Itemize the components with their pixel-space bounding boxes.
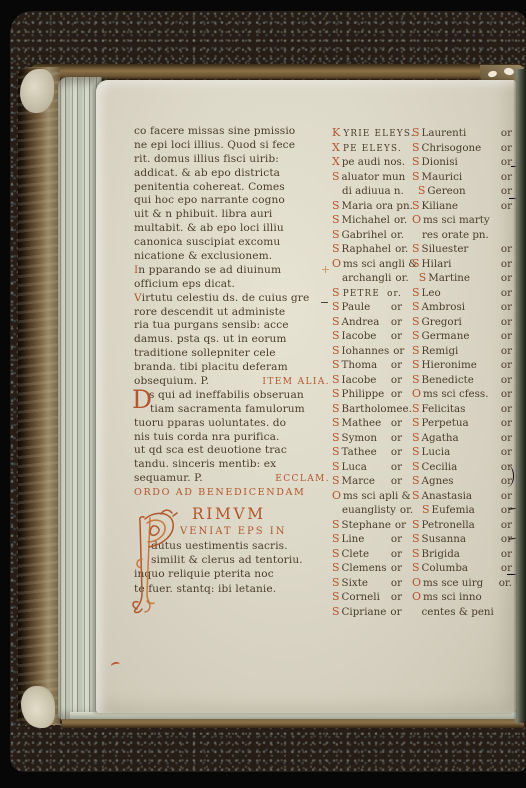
saint-initial: S <box>332 590 340 603</box>
litany-entry: SSixteor <box>332 576 402 589</box>
text-line: canonica suscipiat excomu <box>134 236 330 250</box>
saint-name: ms sci angli & <box>343 258 417 270</box>
saint-initial: S <box>332 561 340 574</box>
saint-name: Cecilia <box>422 461 497 473</box>
saint-initial: S <box>412 257 420 270</box>
litany-row: SAndreaorSGregorior <box>332 315 512 330</box>
orate-abbreviation: or. <box>400 504 413 516</box>
litany-entry: Oms sci angli & <box>332 257 402 270</box>
litany-entry: SCornelior <box>332 590 402 603</box>
saint-name: res orate pn. <box>422 229 512 241</box>
orate-abbreviation: or <box>391 388 402 400</box>
litany-entry: Oms sci inno <box>412 590 512 603</box>
saint-name: Corneli <box>342 591 387 603</box>
saint-name: Andrea <box>342 316 387 328</box>
litany-entry: SHilarior <box>412 257 512 270</box>
orate-abbreviation: or <box>501 490 512 502</box>
litany-entry: SMauricior <box>412 170 512 183</box>
litany-entry: SCleteor <box>332 547 402 560</box>
saint-name: Iacobe <box>342 374 387 386</box>
litany-row: di adiuua n.SGereonor <box>332 184 512 199</box>
litany-entry: SThomaor <box>332 358 402 371</box>
saint-initial: S <box>412 315 420 328</box>
orate-abbreviation: or <box>391 591 402 603</box>
text-line: penitentia cohereat. Comes <box>134 181 330 195</box>
saint-initial: S <box>412 445 420 458</box>
litany-entry: SMaria ora pn. <box>332 199 402 212</box>
litany-entry: SGermaneor <box>412 329 512 342</box>
saint-initial: X <box>332 155 340 168</box>
litany-entry: SPetronellaor <box>412 518 512 531</box>
orate-abbreviation: or <box>501 417 512 429</box>
saint-name: Hilari <box>422 258 497 270</box>
saint-initial: S <box>332 358 340 371</box>
saint-initial: S <box>412 460 420 473</box>
line-text: qui hoc epo narrante cogno <box>134 194 285 208</box>
orate-abbreviation: or <box>501 388 512 400</box>
litany-row: Saluator munSMauricior <box>332 170 512 185</box>
text-line: tiam sacramenta famulorum <box>134 403 330 417</box>
orate-abbreviation: or <box>391 475 402 487</box>
saint-name: ms sci inno <box>423 591 512 603</box>
litany-entry: euanglistyor. <box>332 504 412 516</box>
saint-name: Iohannes <box>342 345 390 357</box>
litany-entry: SAgathaor <box>412 431 512 444</box>
saint-initial: S <box>418 184 426 197</box>
litany-entry: SCeciliaor <box>412 460 512 473</box>
litany-row: SCleteorSBrigidaor <box>332 547 512 562</box>
orate-abbreviation: or <box>391 562 402 574</box>
saint-name: Thoma <box>342 359 387 371</box>
litany-entry: SGregorior <box>412 315 512 328</box>
saint-name: Brigida <box>422 548 497 560</box>
litany-row: SPhilippeorOms sci cfess.or <box>332 387 512 402</box>
orate-abbreviation: or <box>501 446 512 458</box>
text-line: obsequium. P.ITEM ALIA. <box>134 375 330 389</box>
orate-abbreviation: or <box>391 446 402 458</box>
litany-row: SStephaneorSPetronellaor <box>332 518 512 533</box>
saint-initial: X <box>332 141 341 154</box>
litany-entry: SMatheeor <box>332 416 402 429</box>
line-text: s qui ad ineffabilis obseruan <box>149 389 304 403</box>
saint-name: centes & peni <box>422 606 512 618</box>
litany-entry: SCiprianeor <box>332 605 402 618</box>
litany-entry: archanglior. <box>332 272 409 284</box>
line-text: tandu. sinceris mentib: ex <box>134 458 276 472</box>
litany-row: SIacobeorSBenedicteor <box>332 373 512 388</box>
orate-abbreviation: or <box>501 504 512 516</box>
orate-abbreviation: or <box>501 330 512 342</box>
saint-initial: S <box>332 228 340 241</box>
litany-entry: SBartholomee. <box>332 402 402 415</box>
litany-row: SMarceorSAgnesor <box>332 474 512 489</box>
saint-name: Gregori <box>422 316 497 328</box>
saint-initial: S <box>332 547 340 560</box>
saint-name: Remigi <box>422 345 497 357</box>
saint-name: Kiliane <box>422 200 497 212</box>
saint-name: Felicitas <box>422 403 497 415</box>
litany-entry: SKilianeor <box>412 199 512 212</box>
saint-name: ms sci apli & <box>343 490 411 502</box>
saint-initial: S <box>332 445 340 458</box>
litany-entry: SChrisogoneor <box>412 141 512 154</box>
saint-name: Maurici <box>422 171 497 183</box>
saint-name: Siluester <box>422 243 497 255</box>
litany-row: SBartholomee.SFelicitasor <box>332 402 512 417</box>
text-line: Ds qui ad ineffabilis obseruan <box>134 389 330 403</box>
litany-row: SMichahelor.Oms sci marty <box>332 213 512 228</box>
saint-initial: S <box>412 358 420 371</box>
litany-row: Oms sci angli &SHilarior <box>332 257 512 272</box>
saint-initial: S <box>412 518 420 531</box>
litany-row: STatheeorSLuciaor <box>332 445 512 460</box>
litany-entry: SIacobeor <box>332 373 402 386</box>
litany-entry: SSymonor <box>332 431 402 444</box>
litany-entry: SPETREor. <box>332 286 402 299</box>
orate-abbreviation: or <box>391 374 402 386</box>
litany-entry: SBenedicteor <box>412 373 512 386</box>
orate-abbreviation: or. <box>391 229 404 241</box>
orate-abbreviation: or <box>391 417 402 429</box>
orate-abbreviation: or <box>501 359 512 371</box>
saint-initial: S <box>412 402 420 415</box>
saint-name: Petronella <box>422 519 497 531</box>
saint-name: Raphahel <box>342 243 392 255</box>
litany-entry: SFelicitasor <box>412 402 512 415</box>
line-text: penitentia cohereat. Comes <box>134 181 285 195</box>
saint-name: Line <box>342 533 387 545</box>
litany-row: Xpe audi nos.SDionisior <box>332 155 512 170</box>
text-line: uit & n phibuit. libra auri <box>134 208 330 222</box>
litany-entry: SAndreaor <box>332 315 402 328</box>
litany-entry: SPerpetuaor <box>412 416 512 429</box>
orate-abbreviation: or <box>391 461 402 473</box>
orate-abbreviation: or <box>501 127 512 139</box>
saint-initial: S <box>332 286 341 299</box>
litany-entry: STatheeor <box>332 445 402 458</box>
saint-initial: S <box>412 373 420 386</box>
litany-row: SLineorSSusannaor <box>332 532 512 547</box>
saint-initial: S <box>332 532 340 545</box>
saint-initial: S <box>332 300 340 313</box>
saint-initial: S <box>412 199 420 212</box>
litany-row: SGabrihelor.res orate pn. <box>332 228 512 243</box>
saint-initial: S <box>332 460 340 473</box>
incipit-section: RIMVMVENIAT EPS INdutus uestimentis sacr… <box>134 505 330 596</box>
decorated-initial-p <box>128 507 180 615</box>
saint-name: pe audi nos. <box>342 156 405 168</box>
litany-entry: SMarceor <box>332 474 402 487</box>
saint-name: Sixte <box>342 577 387 589</box>
line-text: ria tua purgans sensib: acce <box>134 319 289 333</box>
saint-initial: S <box>412 242 420 255</box>
orate-abbreviation: or <box>501 287 512 299</box>
litany-entry: SIohannesor <box>332 344 402 357</box>
litany-row: archanglior.SMartineor <box>332 271 512 286</box>
text-line: sequamur. P.ECCLAM. <box>134 472 330 486</box>
manuscript-page: co facere missas sine pmissione epi loci… <box>96 80 516 713</box>
orate-abbreviation: or <box>501 548 512 560</box>
saint-name: PETRE <box>343 289 383 299</box>
line-text: branda. tibi placitu deferam <box>134 361 288 375</box>
line-text: multabit. & ab epo loci illiu <box>134 222 284 236</box>
saint-initial: S <box>412 547 420 560</box>
orate-abbreviation: or <box>390 606 401 618</box>
line-text: ut qd sca est deuotione trac <box>134 444 287 458</box>
line-text: addicat. & ab epo districta <box>134 167 280 181</box>
litany-entry: Oms sci marty <box>412 213 512 226</box>
saint-initial: S <box>412 286 420 299</box>
saint-initial: S <box>412 300 420 313</box>
line-text: ne epi loci illius. Quod si fece <box>134 139 295 153</box>
litany-entry: SClemensor <box>332 561 402 574</box>
orate-abbreviation: or <box>391 301 402 313</box>
litany-entry: SDionisior <box>412 155 512 168</box>
saint-name: Dionisi <box>422 156 497 168</box>
manuscript-book: co facere missas sine pmissione epi loci… <box>18 64 526 728</box>
line-text: co facere missas sine pmissio <box>134 125 295 139</box>
inline-rubric: ITEM ALIA. <box>262 376 330 390</box>
saint-name: archangli <box>342 272 391 284</box>
litany-entry: SSiluesteror <box>412 242 512 255</box>
orate-abbreviation: or <box>501 301 512 313</box>
orate-abbreviation: or <box>391 330 402 342</box>
saint-initial: S <box>412 155 420 168</box>
saint-initial: S <box>332 329 340 342</box>
litany-entry: SMichahelor. <box>332 213 402 226</box>
line-text: canonica suscipiat excomu <box>134 236 280 250</box>
saint-name: ms sce uirg <box>423 577 495 589</box>
saint-name: Mathee <box>342 417 387 429</box>
litany-row: Oms sci apli &SAnastasiaor <box>332 489 512 504</box>
litany-entry: SColumbaor <box>412 561 512 574</box>
text-line: nicatione & exclusionem. <box>134 250 330 264</box>
litany-entry: SAmbrosior <box>412 300 512 313</box>
litany-entry: SLaurentior <box>412 126 512 139</box>
text-line: ria tua purgans sensib: acce <box>134 319 330 333</box>
book-corner-top-left <box>20 69 54 113</box>
saint-initial: O <box>412 387 421 400</box>
line-text: irtutu celestiu ds. de cuius gre <box>142 292 310 306</box>
orate-abbreviation: or <box>395 519 406 531</box>
saint-initial: S <box>332 199 340 212</box>
saint-name: Philippe <box>342 388 387 400</box>
line-text: sequamur. P. <box>134 472 203 486</box>
margin-dash-mark <box>321 302 328 303</box>
manuscript-photograph: co facere missas sine pmissione epi loci… <box>0 0 526 788</box>
litany-row: SMaria ora pn.SKilianeor <box>332 199 512 214</box>
orate-abbreviation: or. <box>387 289 402 299</box>
saint-name: Maria ora pn. <box>342 200 413 212</box>
line-text: uit & n phibuit. libra auri <box>134 208 272 222</box>
saint-name: Clemens <box>342 562 387 574</box>
saint-name: PE ELEYS. <box>343 144 402 154</box>
text-line: rore descendit ut administe <box>134 306 330 320</box>
litany-entry: SGabrihelor. <box>332 228 402 241</box>
line-text: officium eps dicat. <box>134 278 235 292</box>
orate-abbreviation: or <box>501 403 512 415</box>
saint-name: Paule <box>342 301 387 313</box>
saint-initial: S <box>332 213 340 226</box>
saint-name: Agatha <box>422 432 497 444</box>
litany-entry: SEufemiaor <box>422 503 512 516</box>
text-line: multabit. & ab epo loci illiu <box>134 222 330 236</box>
orate-abbreviation: or <box>393 345 404 357</box>
saint-initial: S <box>412 126 420 139</box>
litany-entry: di adiuua n. <box>332 185 408 197</box>
saint-name: euanglisty <box>342 504 396 516</box>
saint-name: Hieronime <box>422 359 497 371</box>
saint-initial: S <box>332 344 340 357</box>
litany-entry: Oms sci cfess.or <box>412 387 512 400</box>
inline-rubric: ECCLAM. <box>275 473 330 487</box>
text-line: officium eps dicat. <box>134 278 330 292</box>
saint-initial: S <box>332 242 340 255</box>
orate-abbreviation: or. <box>394 214 407 226</box>
litany-row: SIohannesorSRemigior <box>332 344 512 359</box>
litany-row: SMatheeorSPerpetuaor <box>332 416 512 431</box>
text-line: ne epi loci illius. Quod si fece <box>134 139 330 153</box>
litany-row: SClemensorSColumbaor <box>332 561 512 576</box>
orate-abbreviation: or <box>501 345 512 357</box>
saint-name: Iacobe <box>342 330 387 342</box>
line-text: tiam sacramenta famulorum <box>150 403 305 417</box>
saint-initial: S <box>332 605 340 618</box>
orate-abbreviation: or <box>501 562 512 574</box>
litany-entry: SHieronimeor <box>412 358 512 371</box>
litany-row: SPauleorSAmbrosior <box>332 300 512 315</box>
saint-name: Gereon <box>427 185 496 197</box>
saint-initial: S <box>412 561 420 574</box>
saint-initial: K <box>332 126 341 139</box>
text-line: traditione sollepniter cele <box>134 347 330 361</box>
litany-entry: Xpe audi nos. <box>332 155 402 168</box>
saint-initial: S <box>332 170 340 183</box>
rubric-heading-line: ORDO AD BENEDICENDAM <box>134 486 330 500</box>
saint-initial: S <box>412 532 420 545</box>
saint-initial: S <box>412 489 420 502</box>
line-text: n pparando se ad diuinum <box>138 264 281 278</box>
saint-name: Chrisogone <box>422 142 497 154</box>
litany-entry: SLeoor <box>412 286 512 299</box>
litany-entry: KYRIE ELEYS. <box>332 126 402 139</box>
litany-entry: Saluator mun <box>332 170 402 183</box>
litany-entry: Oms sce uirgor. <box>412 576 512 589</box>
litany-row: euanglistyor.SEufemiaor <box>332 503 512 518</box>
saint-initial: O <box>412 590 421 603</box>
text-line: nis tuis corda nra purifica. <box>134 431 330 445</box>
saint-initial: S <box>332 373 340 386</box>
red-ink-mark <box>110 661 120 669</box>
saint-initial: S <box>412 329 420 342</box>
litany-entry: SRemigior <box>412 344 512 357</box>
saint-initial: O <box>412 213 421 226</box>
litany-row: SSymonorSAgathaor <box>332 431 512 446</box>
litany-entry: SIacobeor <box>332 329 402 342</box>
litany-row: SPETREor.SLeoor <box>332 286 512 301</box>
litany-entry: XPE ELEYS. <box>332 141 402 154</box>
litany-entry: SMartineor <box>419 271 512 284</box>
litany-entry: SRaphahelor. <box>332 242 402 255</box>
litany-column: KYRIE ELEYS.SLaurentiorXPE ELEYS.SChriso… <box>332 126 512 619</box>
saint-initial: S <box>332 315 340 328</box>
orate-abbreviation: or <box>501 519 512 531</box>
litany-entry: SLuciaor <box>412 445 512 458</box>
saint-initial: S <box>332 387 340 400</box>
saint-name: Gabrihel <box>342 229 387 241</box>
saint-initial: S <box>332 474 340 487</box>
saint-name: Laurenti <box>422 127 497 139</box>
saint-name: Anastasia <box>422 490 497 502</box>
book-cover-edge-bottom <box>62 719 524 728</box>
orate-abbreviation: or <box>391 432 402 444</box>
saint-initial: S <box>412 474 420 487</box>
saint-name: Cipriane <box>342 606 387 618</box>
book-cover-edge-left <box>18 67 60 725</box>
saint-name: Martine <box>428 272 497 284</box>
litany-row: SCiprianeorcentes & peni <box>332 605 512 620</box>
saint-name: Perpetua <box>422 417 497 429</box>
litany-entry: Oms sci apli & <box>332 489 402 502</box>
line-text: rore descendit ut administe <box>134 306 285 320</box>
orate-abbreviation: or <box>501 374 512 386</box>
text-line: tandu. sinceris mentib: ex <box>134 458 330 472</box>
text-line: ut qd sca est deuotione trac <box>134 444 330 458</box>
orate-abbreviation: or <box>391 533 402 545</box>
left-text-column: co facere missas sine pmissione epi loci… <box>134 125 330 596</box>
saint-name: Clete <box>342 548 387 560</box>
line-text: tuoru pparas uoluntates. do <box>134 417 286 431</box>
saint-name: ms sci cfess. <box>423 388 497 400</box>
saint-initial: O <box>332 257 341 270</box>
orate-abbreviation: or <box>501 200 512 212</box>
litany-row: SIacobeorSGermaneor <box>332 329 512 344</box>
saint-initial: S <box>412 344 420 357</box>
saint-initial: S <box>422 503 430 516</box>
saint-initial: S <box>332 576 340 589</box>
saint-initial: S <box>419 271 427 284</box>
text-line: tuoru pparas uoluntates. do <box>134 417 330 431</box>
saint-name: Leo <box>422 287 497 299</box>
litany-entry: SBrigidaor <box>412 547 512 560</box>
book-cover-edge-top <box>30 64 522 79</box>
line-text: traditione sollepniter cele <box>134 347 276 361</box>
orate-abbreviation: or <box>501 142 512 154</box>
saint-initial: O <box>332 489 341 502</box>
saint-name: Symon <box>342 432 387 444</box>
text-line: Virtutu celestiu ds. de cuius gre <box>134 292 330 306</box>
saint-initial: S <box>412 141 420 154</box>
saint-name: Susanna <box>422 533 497 545</box>
saint-name: Benedicte <box>422 374 497 386</box>
line-text: rit. domus illius fisci uirib: <box>134 153 279 167</box>
litany-row: SCorneliorOms sci inno <box>332 590 512 605</box>
saint-name: Lucia <box>422 446 497 458</box>
litany-entry: SPhilippeor <box>332 387 402 400</box>
litany-row: KYRIE ELEYS.SLaurentior <box>332 126 512 141</box>
saint-name: di adiuua n. <box>342 185 408 197</box>
saint-name: Ambrosi <box>422 301 497 313</box>
orate-abbreviation: or. <box>395 243 408 255</box>
saint-name: Tathee <box>342 446 387 458</box>
orate-abbreviation: or <box>391 359 402 371</box>
saint-name: Germane <box>422 330 497 342</box>
text-line: In pparando se ad diuinum <box>134 264 330 278</box>
litany-entry: SAgnesor <box>412 474 512 487</box>
text-line: co facere missas sine pmissio <box>134 125 330 139</box>
orate-abbreviation: or <box>501 432 512 444</box>
text-line: branda. tibi placitu deferam <box>134 361 330 375</box>
